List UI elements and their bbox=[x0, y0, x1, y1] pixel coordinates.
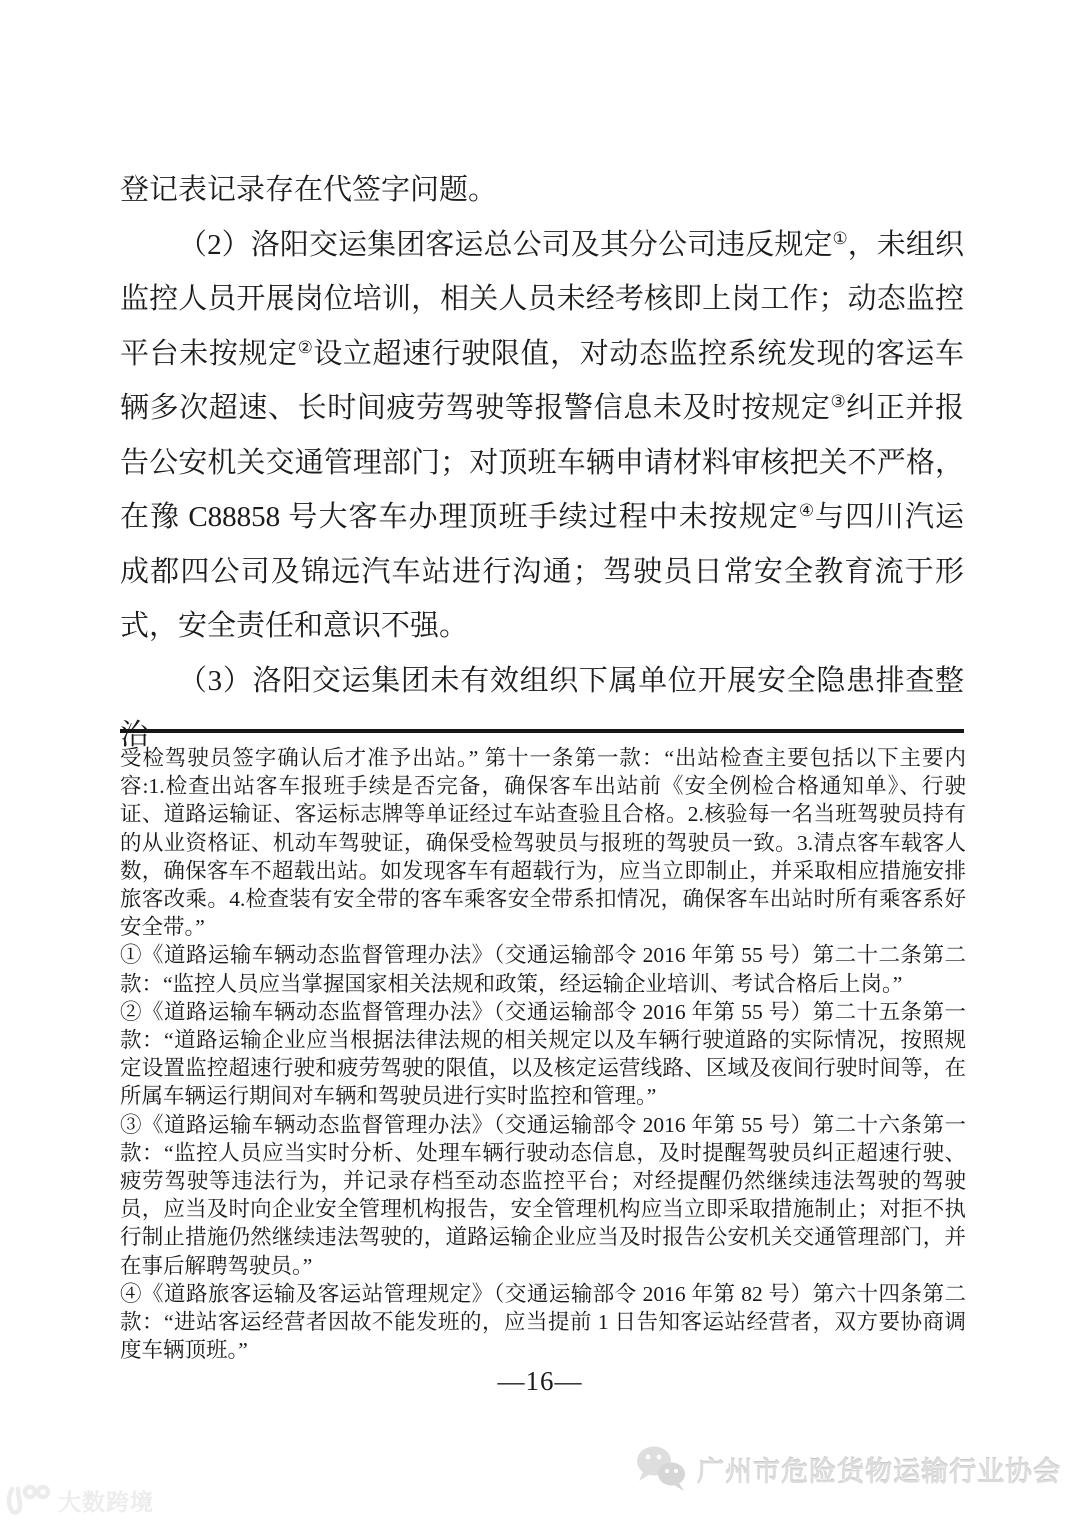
body-text-block: 登记表记录存在代签字问题。 （2）洛阳交运集团客运总公司及其分公司违反规定①，未… bbox=[120, 163, 964, 763]
footnote-item: ④《道路旅客运输及客运站管理规定》（交通运输部令 2016 年第 82 号）第六… bbox=[120, 1280, 966, 1365]
footnote-item: ①《道路运输车辆动态监督管理办法》（交通运输部令 2016 年第 55 号）第二… bbox=[120, 941, 966, 997]
footnote-item: ②《道路运输车辆动态监督管理办法》（交通运输部令 2016 年第 55 号）第二… bbox=[120, 998, 966, 1111]
body-paragraph: （2）洛阳交运集团客运总公司及其分公司违反规定①，未组织监控人员开展岗位培训，相… bbox=[120, 218, 964, 654]
document-page: 登记表记录存在代签字问题。 （2）洛阳交运集团客运总公司及其分公司违反规定①，未… bbox=[0, 0, 1080, 1527]
watermark-brand: 大数跨境 bbox=[6, 1483, 154, 1517]
footnote-reference-mark: ① bbox=[833, 228, 848, 247]
footnote-separator bbox=[120, 729, 964, 733]
footnote-block: 受检驾驶员签字确认后才准予出站。” 第十一条第一款：“出站检查主要包括以下主要内… bbox=[120, 744, 966, 1364]
wechat-icon bbox=[634, 1443, 688, 1495]
footnote-item: 受检驾驶员签字确认后才准予出站。” 第十一条第一款：“出站检查主要包括以下主要内… bbox=[120, 744, 966, 941]
watermark-association: 广州市危险货物运输行业协会 bbox=[634, 1443, 1061, 1495]
footnote-item: ③《道路运输车辆动态监督管理办法》（交通运输部令 2016 年第 55 号）第二… bbox=[120, 1111, 966, 1280]
watermark-association-text: 广州市危险货物运输行业协会 bbox=[697, 1450, 1061, 1489]
body-paragraph: 登记表记录存在代签字问题。 bbox=[120, 163, 964, 218]
page-number: —16— bbox=[0, 1366, 1080, 1397]
footnote-reference-mark: ③ bbox=[830, 392, 846, 411]
footnote-reference-mark: ④ bbox=[799, 501, 815, 520]
dashu-kuajing-logo-icon bbox=[6, 1483, 50, 1517]
footnote-reference-mark: ② bbox=[298, 337, 314, 356]
watermark-brand-text: 大数跨境 bbox=[58, 1484, 154, 1517]
